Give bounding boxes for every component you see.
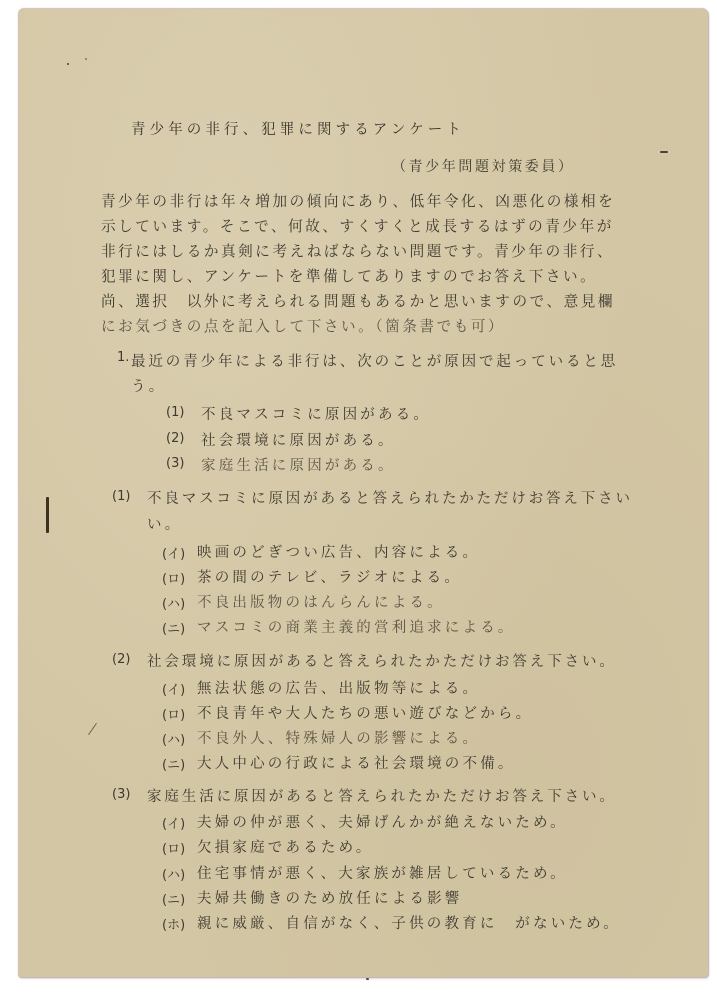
suboption-number: (イ) xyxy=(162,813,185,832)
question-text-continued: う。 xyxy=(131,375,166,396)
question-text: 最近の青少年による非行は、次のことが原因で起っていると思 xyxy=(131,350,618,371)
suboption-text: 不良青年や大人たちの悪い遊びなどから。 xyxy=(197,702,533,723)
paper-speck xyxy=(660,151,668,153)
subquestion-text-continued: い。 xyxy=(147,513,182,534)
paper-speck xyxy=(67,63,69,65)
suboption-number: (ロ) xyxy=(162,704,185,723)
suboption-number: (イ) xyxy=(162,679,185,698)
question-number: 1. xyxy=(117,350,129,365)
suboption-number: (ホ) xyxy=(162,914,185,933)
suboption-number: (ハ) xyxy=(162,729,185,748)
suboption-text: 不良出版物のはんらんによる。 xyxy=(197,591,445,612)
option-text: 家庭生活に原因がある。 xyxy=(201,454,396,475)
suboption-text: 茶の間のテレビ、ラジオによる。 xyxy=(197,566,462,587)
subquestion-text: 不良マスコミに原因があると答えられたかただけお答え下さい xyxy=(147,487,633,508)
document-title: 青少年の非行、犯罪に関するアンケート xyxy=(131,118,465,139)
suboption-number: (ロ) xyxy=(162,838,185,857)
option-text: 不良マスコミに原因がある。 xyxy=(201,403,431,424)
paper-speck xyxy=(85,58,87,60)
option-number: (3) xyxy=(166,456,184,471)
paper-speck xyxy=(366,978,369,980)
suboption-text: 欠損家庭であるため。 xyxy=(197,836,373,857)
suboption-text: 夫婦の仲が悪く、夫婦げんかが絶えないため。 xyxy=(197,811,568,832)
option-number: (1) xyxy=(166,405,184,420)
suboption-text: マスコミの商業主義的営利追求による。 xyxy=(197,616,516,637)
suboption-number: (イ) xyxy=(162,543,185,562)
option-text: 社会環境に原因がある。 xyxy=(201,429,396,450)
subquestion-number: (2) xyxy=(112,652,130,667)
suboption-text: 大人中心の行政による社会環境の不備。 xyxy=(197,752,516,773)
suboption-text: 映画のどぎつい広告、内容による。 xyxy=(197,541,480,562)
suboption-text: 夫婦共働きのため放任による影響 xyxy=(197,887,463,908)
option-number: (2) xyxy=(166,431,184,446)
subquestion-number: (3) xyxy=(112,787,130,802)
suboption-number: (ハ) xyxy=(162,593,185,612)
suboption-number: (ニ) xyxy=(162,889,185,908)
suboption-text: 親に威厳、自信がなく、子供の教育に がないため。 xyxy=(197,912,621,933)
intro-line: 青少年の非行は年々増加の傾向にあり、低年令化、凶悪化の様相を xyxy=(101,190,615,211)
suboption-text: 無法状態の広告、出版物等による。 xyxy=(197,677,480,698)
suboption-number: (ロ) xyxy=(162,568,185,587)
intro-line: にお気づきの点を記入して下さい。（箇条書でも可） xyxy=(101,315,505,336)
suboption-number: (ハ) xyxy=(162,864,185,883)
suboption-number: (ニ) xyxy=(162,618,185,637)
staple-mark xyxy=(46,497,49,533)
intro-line: 犯罪に関し、アンケートを準備してありますのでお答え下さい。 xyxy=(101,265,597,286)
suboption-text: 不良外人、特殊婦人の影響による。 xyxy=(197,727,480,748)
suboption-text: 住宅事情が悪く、大家族が雑居しているため。 xyxy=(197,862,568,883)
intro-line: 非行にはしるか真剣に考えねばならない問題です。青少年の非行、 xyxy=(101,240,614,261)
subquestion-text: 家庭生活に原因があると答えられたかただけお答え下さい。 xyxy=(147,785,617,806)
subquestion-number: (1) xyxy=(112,489,130,504)
subquestion-text: 社会環境に原因があると答えられたかただけお答え下さい。 xyxy=(147,650,617,671)
issuing-committee: （青少年問題対策委員） xyxy=(392,156,575,176)
suboption-number: (ニ) xyxy=(162,754,185,773)
intro-line: 示しています。そこで、何故、すくすくと成長するはずの青少年が xyxy=(101,215,614,236)
intro-line: 尚、選択 以外に考えられる問題もあるかと思いますので、意見欄 xyxy=(101,290,615,311)
